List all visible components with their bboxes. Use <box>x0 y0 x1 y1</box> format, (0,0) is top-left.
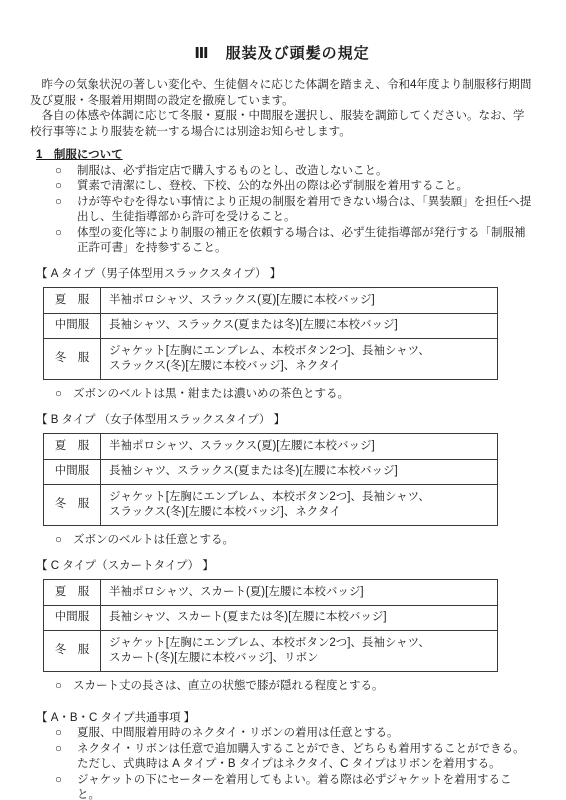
row-content-cell: 長袖シャツ、スラックス(夏または冬)[左腰に本校バッジ] <box>101 313 498 339</box>
list-item-text: ネクタイ・リボンは任意で追加購入することができ、どちらも着用することができる。 <box>77 742 534 758</box>
common-rules-section: 【 A・B・C タイプ共通事項 】 ○ 夏服、中間服着用時のネクタイ・リボンの着… <box>30 711 534 800</box>
uniform-type-heading: 【 B タイプ （女子体型用スラックスタイプ） 】 <box>36 413 534 429</box>
list-item-text: 制服は、必ず指定店で購入するものとし、改造しないこと。 <box>77 164 534 180</box>
list-item: ○ 体型の変化等により制服の補正を依頼する場合は、必ず生徒指導部が発行する「制服… <box>55 226 534 257</box>
seifuku-rule-list: ○ 制服は、必ず指定店で購入するものとし、改造しないこと。 ○ 質素で清潔にし、… <box>30 164 534 257</box>
intro-paragraph: 昨今の気象状況の著しい変化や、生徒個々に応じた体調を踏まえ、令和4年度より制服移… <box>30 78 534 109</box>
circle-bullet-icon: ○ <box>55 726 77 742</box>
note-item: ○ ズボンのベルトは任意とする。 <box>55 533 534 549</box>
page-title: Ⅲ 服装及び頭髪の規定 <box>30 44 534 64</box>
uniform-table-c: 夏 服 半袖ポロシャツ、スカート(夏)[左腰に本校バッジ] 中間服 長袖シャツ、… <box>43 579 498 672</box>
section-heading-seifuku: 1 制服について <box>36 148 534 164</box>
list-item: ○ ネクタイ・リボンは任意で追加購入することができ、どちらも着用することができる… <box>55 742 534 758</box>
uniform-type-heading: 【 C タイプ（スカートタイプ） 】 <box>36 559 534 575</box>
row-content-cell: ジャケット[左胸にエンブレム、本校ボタン2つ]、長袖シャツ、 スラックス(冬)[… <box>101 485 498 526</box>
uniform-table-a: 夏 服 半袖ポロシャツ、スラックス(夏)[左腰に本校バッジ] 中間服 長袖シャツ… <box>43 287 498 380</box>
list-item-text: 体型の変化等により制服の補正を依頼する場合は、必ず生徒指導部が発行する「制服補正… <box>77 226 534 257</box>
note-text: ズボンのベルトは任意とする。 <box>73 533 234 549</box>
circle-bullet-icon: ○ <box>55 226 77 257</box>
circle-bullet-icon: ○ <box>55 164 77 180</box>
continuation-line: ただし、式典時は A タイプ・B タイプはネクタイ、C タイプはリボンを着用する… <box>77 757 534 773</box>
row-content-cell: 半袖ポロシャツ、スラックス(夏)[左腰に本校バッジ] <box>101 288 498 314</box>
row-label-cell: 中間服 <box>44 605 101 631</box>
note-text: スカート丈の長さは、直立の状態で膝が隠れる程度とする。 <box>73 679 384 695</box>
circle-bullet-icon: ○ <box>55 387 73 403</box>
row-label-cell: 夏 服 <box>44 580 101 606</box>
uniform-type-a-section: 【 A タイプ（男子体型用スラックスタイプ） 】 夏 服 半袖ポロシャツ、スラッ… <box>30 267 534 403</box>
table-row: 夏 服 半袖ポロシャツ、スラックス(夏)[左腰に本校バッジ] <box>44 434 498 460</box>
list-item-text: ジャケットの下にセーターを着用してもよい。着る際は必ずジャケットを着用すること。 <box>77 773 534 800</box>
table-row: 中間服 長袖シャツ、スカート(夏または冬)[左腰に本校バッジ] <box>44 605 498 631</box>
row-label-cell: 夏 服 <box>44 434 101 460</box>
table-row: 冬 服 ジャケット[左胸にエンブレム、本校ボタン2つ]、長袖シャツ、 スラックス… <box>44 339 498 380</box>
circle-bullet-icon: ○ <box>55 179 77 195</box>
list-item: ○ 質素で清潔にし、登校、下校、公的な外出の際は必ず制服を着用すること。 <box>55 179 534 195</box>
circle-bullet-icon: ○ <box>55 533 73 549</box>
list-item: ○ 夏服、中間服着用時のネクタイ・リボンの着用は任意とする。 <box>55 726 534 742</box>
uniform-type-heading: 【 A タイプ（男子体型用スラックスタイプ） 】 <box>36 267 534 283</box>
row-label-cell: 中間服 <box>44 313 101 339</box>
row-label-cell: 中間服 <box>44 459 101 485</box>
table-row: 冬 服 ジャケット[左胸にエンブレム、本校ボタン2つ]、長袖シャツ、 スカート(… <box>44 631 498 672</box>
list-item-text: 夏服、中間服着用時のネクタイ・リボンの着用は任意とする。 <box>77 726 534 742</box>
uniform-type-b-section: 【 B タイプ （女子体型用スラックスタイプ） 】 夏 服 半袖ポロシャツ、スラ… <box>30 413 534 549</box>
row-content-cell: ジャケット[左胸にエンブレム、本校ボタン2つ]、長袖シャツ、 スカート(冬)[左… <box>101 631 498 672</box>
uniform-table-b: 夏 服 半袖ポロシャツ、スラックス(夏)[左腰に本校バッジ] 中間服 長袖シャツ… <box>43 433 498 526</box>
row-content-cell: 長袖シャツ、スカート(夏または冬)[左腰に本校バッジ] <box>101 605 498 631</box>
row-content-cell: 半袖ポロシャツ、スカート(夏)[左腰に本校バッジ] <box>101 580 498 606</box>
list-item-text: けが等やむを得ない事情により正規の制服を着用できない場合は、「異装願」を担任へ提… <box>77 195 534 226</box>
note-text: ズボンのベルトは黒・紺または濃いめの茶色とする。 <box>73 387 349 403</box>
row-label-cell: 冬 服 <box>44 485 101 526</box>
list-item: ○ ジャケットの下にセーターを着用してもよい。着る際は必ずジャケットを着用するこ… <box>55 773 534 800</box>
note-item: ○ ズボンのベルトは黒・紺または濃いめの茶色とする。 <box>55 387 534 403</box>
row-content-cell: 長袖シャツ、スラックス(夏または冬)[左腰に本校バッジ] <box>101 459 498 485</box>
table-row: 夏 服 半袖ポロシャツ、スラックス(夏)[左腰に本校バッジ] <box>44 288 498 314</box>
list-item: ○ けが等やむを得ない事情により正規の制服を着用できない場合は、「異装願」を担任… <box>55 195 534 226</box>
circle-bullet-icon: ○ <box>55 773 77 800</box>
row-content-cell: 半袖ポロシャツ、スラックス(夏)[左腰に本校バッジ] <box>101 434 498 460</box>
note-item: ○ スカート丈の長さは、直立の状態で膝が隠れる程度とする。 <box>55 679 534 695</box>
uniform-type-c-section: 【 C タイプ（スカートタイプ） 】 夏 服 半袖ポロシャツ、スカート(夏)[左… <box>30 559 534 695</box>
intro-section: 昨今の気象状況の著しい変化や、生徒個々に応じた体調を踏まえ、令和4年度より制服移… <box>30 78 534 140</box>
list-item-text: 質素で清潔にし、登校、下校、公的な外出の際は必ず制服を着用すること。 <box>77 179 534 195</box>
table-row: 冬 服 ジャケット[左胸にエンブレム、本校ボタン2つ]、長袖シャツ、 スラックス… <box>44 485 498 526</box>
document-page: Ⅲ 服装及び頭髪の規定 昨今の気象状況の著しい変化や、生徒個々に応じた体調を踏ま… <box>0 0 566 800</box>
circle-bullet-icon: ○ <box>55 195 77 226</box>
row-content-cell: ジャケット[左胸にエンブレム、本校ボタン2つ]、長袖シャツ、 スラックス(冬)[… <box>101 339 498 380</box>
list-item: ○ 制服は、必ず指定店で購入するものとし、改造しないこと。 <box>55 164 534 180</box>
table-row: 夏 服 半袖ポロシャツ、スカート(夏)[左腰に本校バッジ] <box>44 580 498 606</box>
circle-bullet-icon: ○ <box>55 679 73 695</box>
row-label-cell: 夏 服 <box>44 288 101 314</box>
circle-bullet-icon: ○ <box>55 742 77 758</box>
table-row: 中間服 長袖シャツ、スラックス(夏または冬)[左腰に本校バッジ] <box>44 459 498 485</box>
table-row: 中間服 長袖シャツ、スラックス(夏または冬)[左腰に本校バッジ] <box>44 313 498 339</box>
common-rules-heading: 【 A・B・C タイプ共通事項 】 <box>36 711 534 727</box>
intro-paragraph: 各自の体感や体調に応じて冬服・夏服・中間服を選択し、服装を調節してください。なお… <box>30 109 534 140</box>
row-label-cell: 冬 服 <box>44 339 101 380</box>
row-label-cell: 冬 服 <box>44 631 101 672</box>
